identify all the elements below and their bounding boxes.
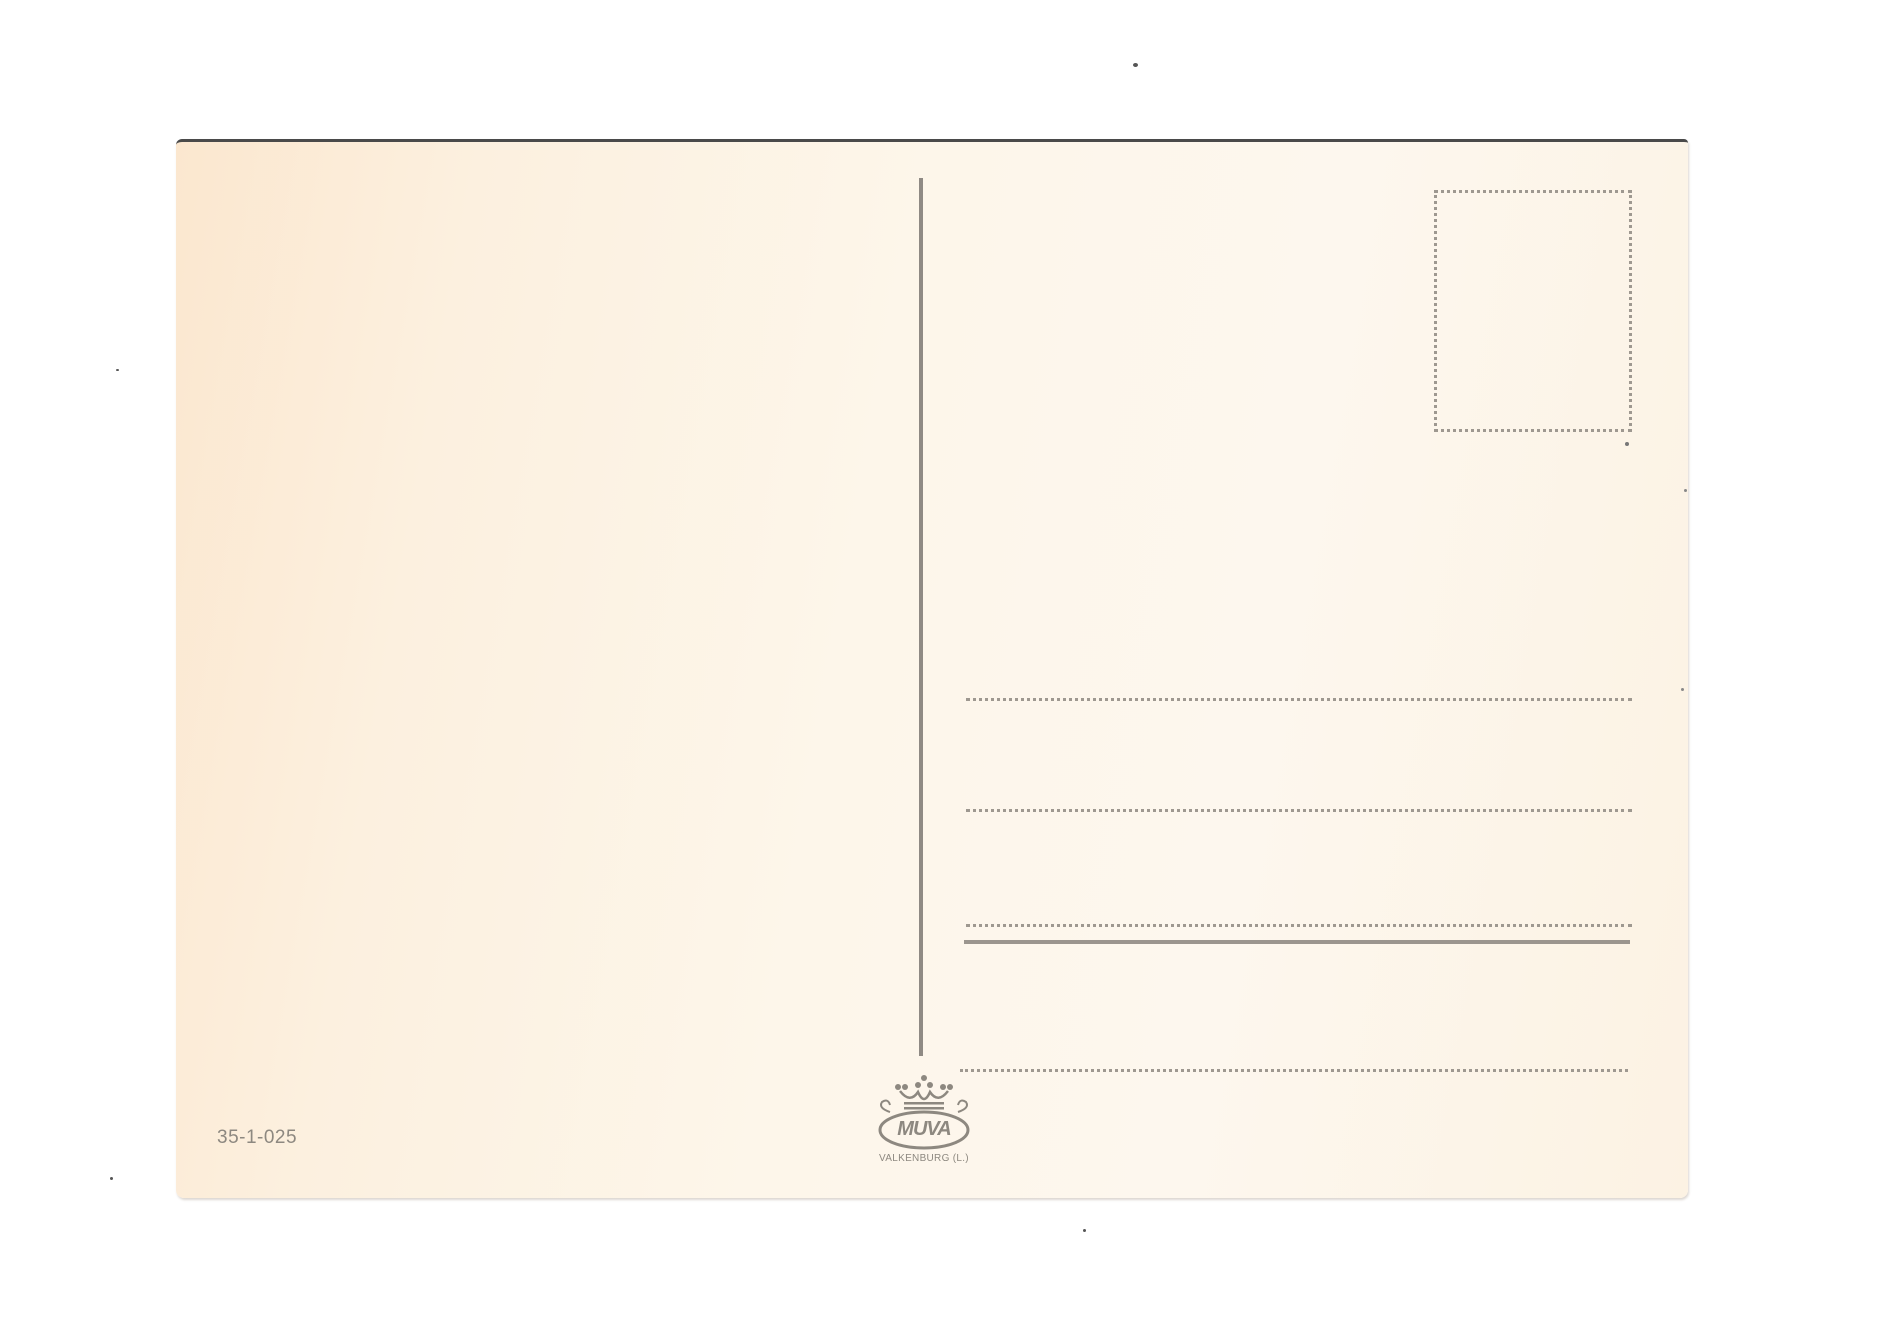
address-line-3: [966, 924, 1632, 927]
scan-speck: [1625, 442, 1629, 446]
address-line-2: [966, 809, 1632, 812]
scan-speck: [1083, 1229, 1086, 1232]
address-line-1: [966, 698, 1632, 701]
logo-wordmark: MUVA: [860, 1118, 988, 1141]
publisher-location: VALKENBURG (L.): [844, 1153, 1004, 1164]
scan-speck: [116, 369, 119, 371]
address-line-4: [960, 1069, 1628, 1072]
scan-speck: [1681, 688, 1684, 691]
address-solid-line: [964, 940, 1630, 944]
scan-speck: [110, 1177, 113, 1180]
scan-speck: [1133, 63, 1138, 67]
stamp-box: [1434, 190, 1632, 432]
postcard-back: 35-1-025 MUVA VALKENBURG (L.): [176, 139, 1688, 1198]
catalog-number: 35-1-025: [217, 1127, 297, 1149]
scan-speck: [1684, 489, 1687, 492]
center-divider-line: [919, 178, 923, 1056]
